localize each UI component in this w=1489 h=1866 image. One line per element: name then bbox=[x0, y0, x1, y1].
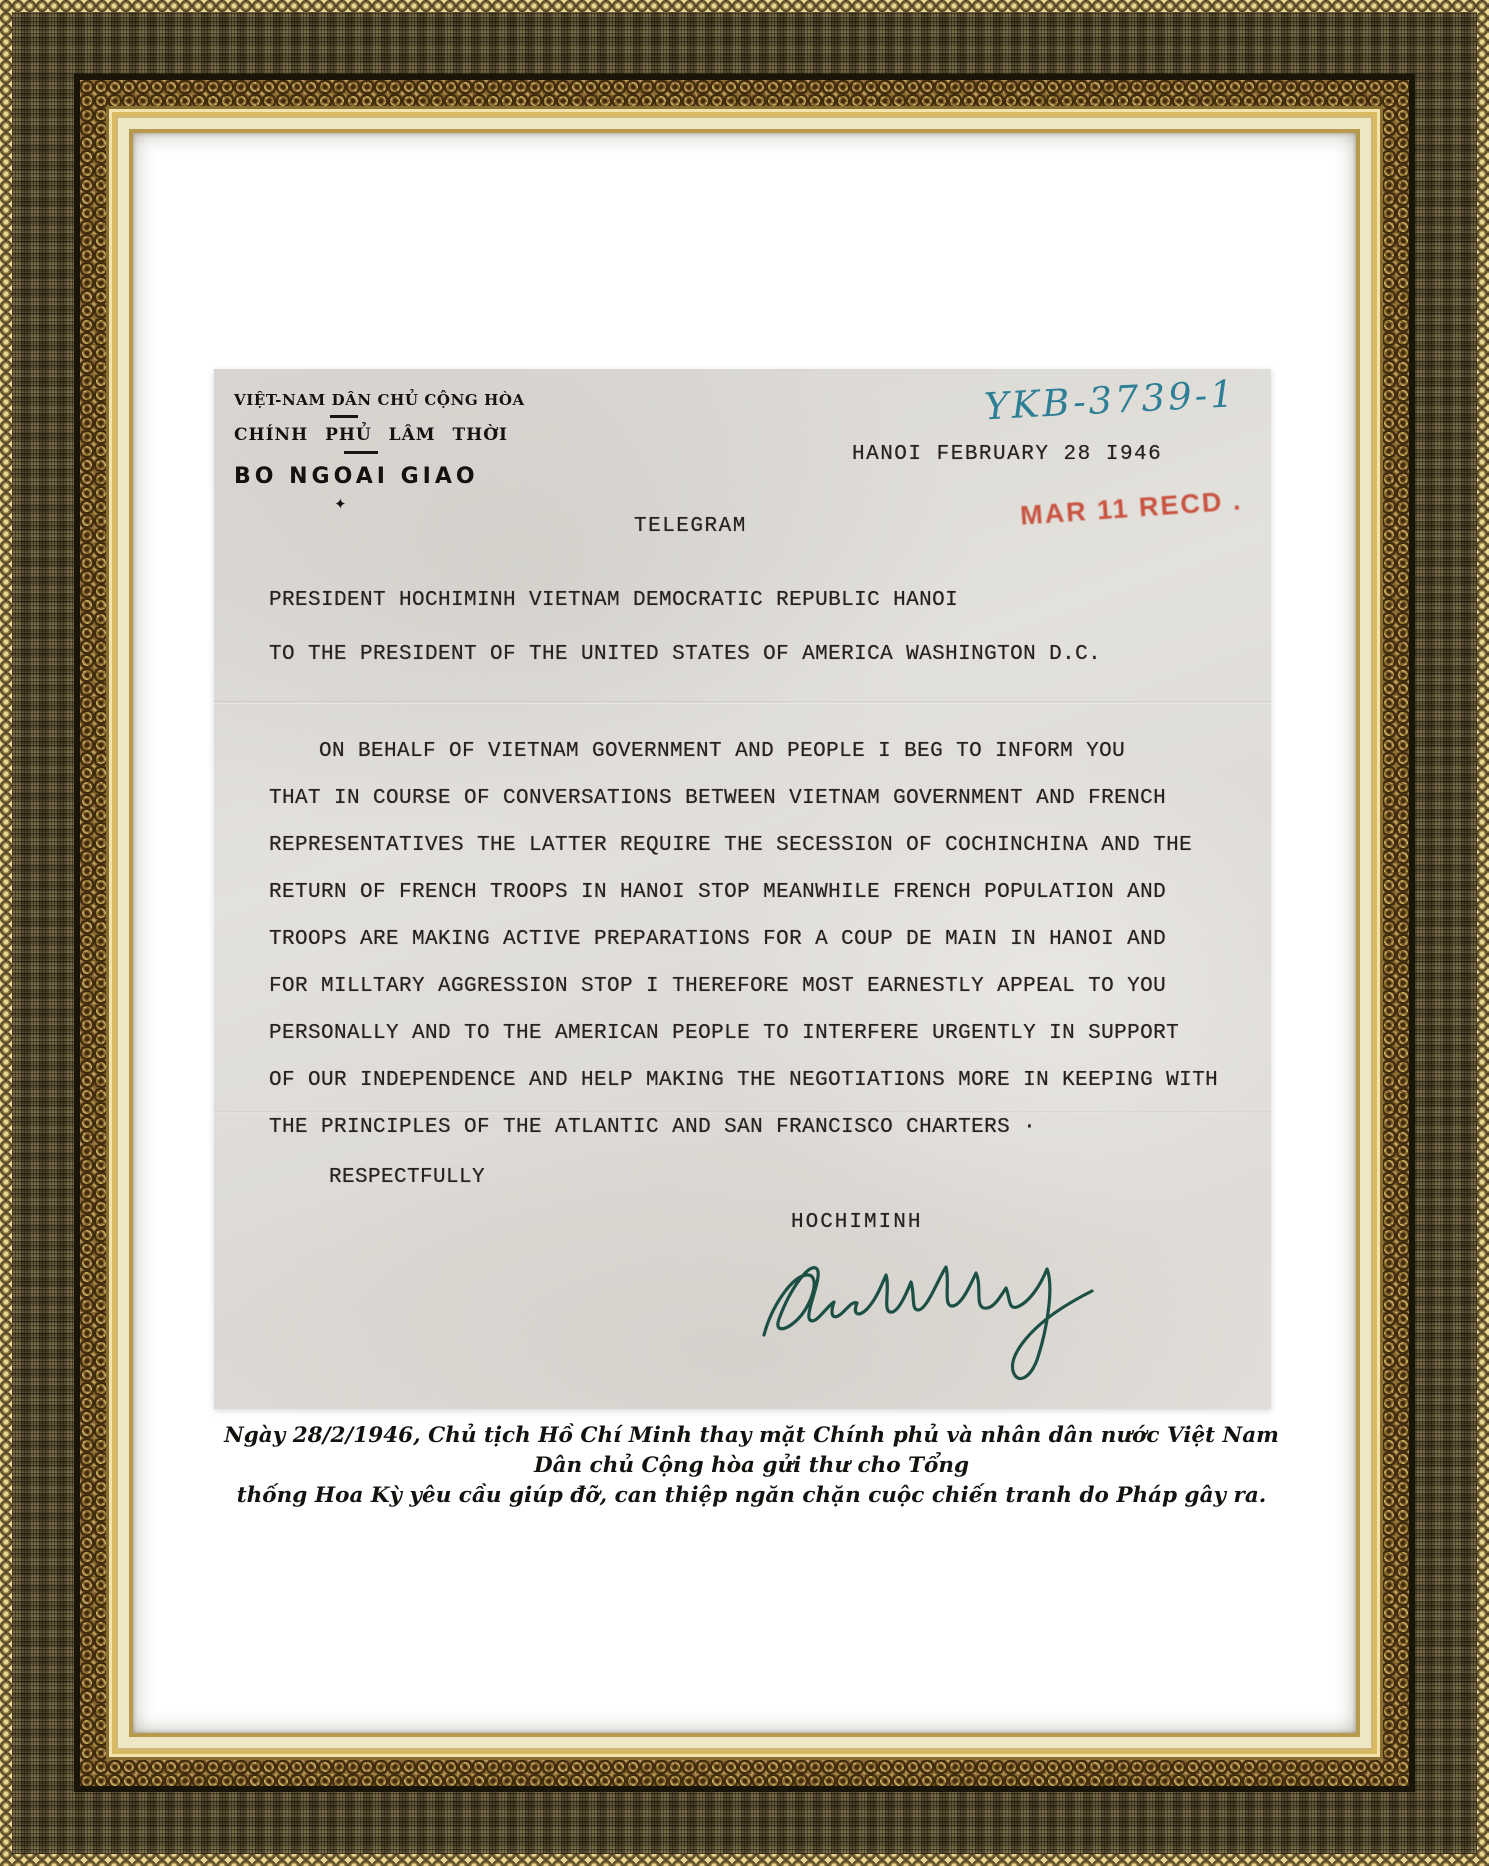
frame-inner-gold-line: VIỆT-NAM DÂN CHỦ CỘNG HÒA CHÍNH PHỦ LÂM … bbox=[129, 129, 1360, 1737]
letterhead-ministry-line: BO NGOAI GIAO bbox=[234, 464, 525, 489]
photo-caption: Ngày 28/2/1946, Chủ tịch Hồ Chí Minh tha… bbox=[214, 1421, 1289, 1511]
frame-cream-liner: VIỆT-NAM DÂN CHỦ CỘNG HÒA CHÍNH PHỦ LÂM … bbox=[116, 116, 1373, 1750]
address-line-recipient: TO THE PRESIDENT OF THE UNITED STATES OF… bbox=[269, 643, 1101, 666]
letterhead-government-line: CHÍNH PHỦ LÂM THỜI bbox=[234, 425, 525, 445]
doc-type-heading: TELEGRAM bbox=[634, 515, 747, 538]
body-line: PERSONALLY AND TO THE AMERICAN PEOPLE TO… bbox=[269, 1022, 1179, 1045]
white-mat: VIỆT-NAM DÂN CHỦ CỘNG HÒA CHÍNH PHỦ LÂM … bbox=[133, 133, 1356, 1733]
frame-outer-bead-band: VIỆT-NAM DÂN CHỦ CỘNG HÒA CHÍNH PHỦ LÂM … bbox=[0, 0, 1489, 1866]
closing-respectfully: RESPECTFULLY bbox=[329, 1166, 485, 1189]
body-line: RETURN OF FRENCH TROOPS IN HANOI STOP ME… bbox=[269, 881, 1166, 904]
received-date-stamp: MAR 11 RECD . bbox=[1019, 485, 1243, 531]
letterhead-country-line: VIỆT-NAM DÂN CHỦ CỘNG HÒA bbox=[234, 391, 525, 409]
frame-ornate-gold-band: VIỆT-NAM DÂN CHỦ CỘNG HÒA CHÍNH PHỦ LÂM … bbox=[80, 80, 1409, 1786]
body-line: THAT IN COURSE OF CONVERSATIONS BETWEEN … bbox=[269, 787, 1166, 810]
letterhead-divider bbox=[330, 415, 358, 418]
handwritten-signature bbox=[742, 1217, 1102, 1397]
frame-gold-step-band: VIỆT-NAM DÂN CHỦ CỘNG HÒA CHÍNH PHỦ LÂM … bbox=[106, 106, 1383, 1760]
body-line: REPRESENTATIVES THE LATTER REQUIRE THE S… bbox=[269, 834, 1192, 857]
letterhead-divider bbox=[344, 451, 378, 454]
body-line: TROOPS ARE MAKING ACTIVE PREPARATIONS FO… bbox=[269, 928, 1166, 951]
telegram-document: VIỆT-NAM DÂN CHỦ CỘNG HÒA CHÍNH PHỦ LÂM … bbox=[214, 369, 1271, 1409]
caption-line-1: Ngày 28/2/1946, Chủ tịch Hồ Chí Minh tha… bbox=[214, 1421, 1289, 1481]
frame-groove-line: VIỆT-NAM DÂN CHỦ CỘNG HÒA CHÍNH PHỦ LÂM … bbox=[74, 74, 1415, 1792]
caption-line-2: thống Hoa Kỳ yêu cầu giúp đỡ, can thiệp … bbox=[214, 1481, 1289, 1511]
dateline: HANOI FEBRUARY 28 I946 bbox=[852, 443, 1162, 466]
body-line: FOR MILLTARY AGGRESSION STOP I THEREFORE… bbox=[269, 975, 1166, 998]
address-line-sender: PRESIDENT HOCHIMINH VIETNAM DEMOCRATIC R… bbox=[269, 589, 958, 612]
body-line: ON BEHALF OF VIETNAM GOVERNMENT AND PEOP… bbox=[319, 740, 1125, 763]
paper-fold-crease bbox=[214, 1111, 1271, 1114]
paper-fold-crease bbox=[214, 701, 1271, 704]
letterhead: VIỆT-NAM DÂN CHỦ CỘNG HÒA CHÍNH PHỦ LÂM … bbox=[234, 391, 525, 513]
frame-dark-textured-band: VIỆT-NAM DÂN CHỦ CỘNG HÒA CHÍNH PHỦ LÂM … bbox=[12, 12, 1477, 1854]
body-line: THE PRINCIPLES OF THE ATLANTIC AND SAN F… bbox=[269, 1116, 1036, 1139]
framed-telegram-photo: VIỆT-NAM DÂN CHỦ CỘNG HÒA CHÍNH PHỦ LÂM … bbox=[0, 0, 1489, 1866]
body-line: OF OUR INDEPENDENCE AND HELP MAKING THE … bbox=[269, 1069, 1218, 1092]
handwritten-reference-number: YKB-3739-1 bbox=[983, 369, 1305, 429]
letterhead-star-icon: ✦ bbox=[334, 495, 525, 513]
